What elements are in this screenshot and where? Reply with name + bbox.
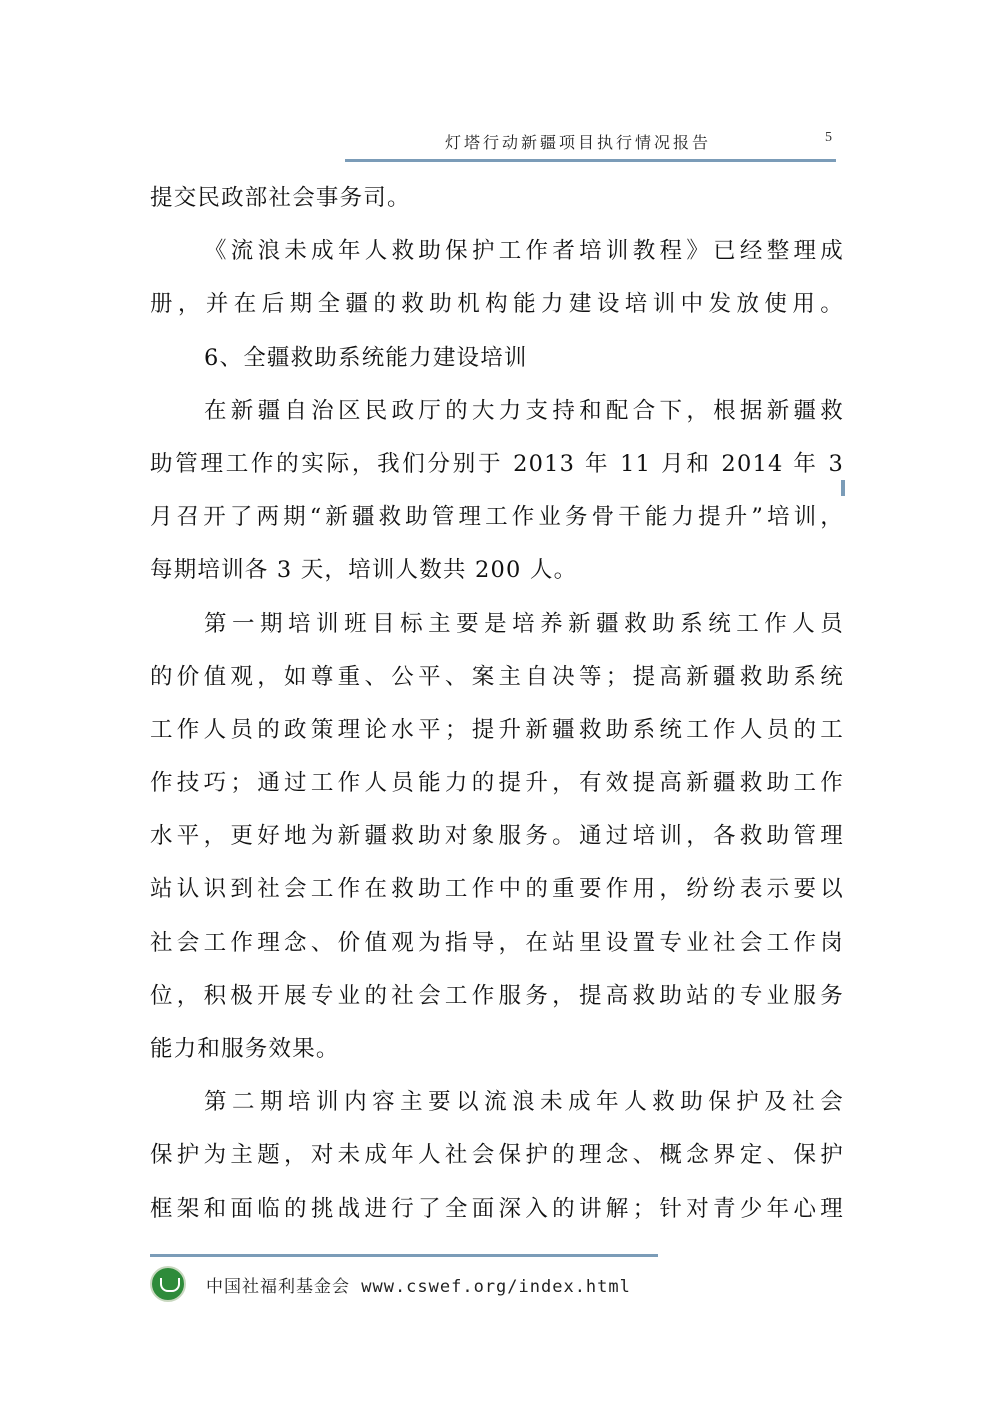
footer-rule [150,1254,658,1257]
text-line: 保护为主题，对未成年人社会保护的理念、概念界定、保护 [150,1129,844,1182]
footer-text: 中国社福利基金会 www.cswef.org/index.html [206,1272,631,1297]
cswef-logo-icon [150,1266,186,1302]
text-line: 能力和服务效果。 [150,1023,844,1076]
text-line: 月召开了两期“新疆救助管理工作业务骨干能力提升”培训， [150,491,844,544]
text-line: 站认识到社会工作在救助工作中的重要作用，纷纷表示要以 [150,863,844,916]
text-line: 的价值观，如尊重、公平、案主自决等；提高新疆救助系统 [150,651,844,704]
page-footer: 中国社福利基金会 www.cswef.org/index.html [150,1264,631,1304]
text-line: 第一期培训班目标主要是培养新疆救助系统工作人员 [150,598,844,651]
text-cursor-marker [841,480,845,496]
header-rule [345,159,836,162]
section-heading: 6、全疆救助系统能力建设培训 [150,332,844,385]
page-number: 5 [825,130,832,146]
text-line: 位，积极开展专业的社会工作服务，提高救助站的专业服务 [150,970,844,1023]
text-line: 册，并在后期全疆的救助机构能力建设培训中发放使用。 [150,278,844,331]
text-line: 助管理工作的实际，我们分别于 2013 年 11 月和 2014 年 3 [150,438,844,491]
text-line: 第二期培训内容主要以流浪未成年人救助保护及社会 [150,1076,844,1129]
text-line: 在新疆自治区民政厅的大力支持和配合下，根据新疆救 [150,385,844,438]
text-line: 提交民政部社会事务司。 [150,172,844,225]
text-line: 每期培训各 3 天，培训人数共 200 人。 [150,544,844,597]
text-line: 水平，更好地为新疆救助对象服务。通过培训，各救助管理 [150,810,844,863]
page-header: 灯塔行动新疆项目执行情况报告 5 [345,122,836,162]
text-line: 《流浪未成年人救助保护工作者培训教程》已经整理成 [150,225,844,278]
text-line: 社会工作理念、价值观为指导，在站里设置专业社会工作岗 [150,917,844,970]
text-line: 工作人员的政策理论水平；提升新疆救助系统工作人员的工 [150,704,844,757]
text-line: 作技巧；通过工作人员能力的提升，有效提高新疆救助工作 [150,757,844,810]
text-line: 框架和面临的挑战进行了全面深入的讲解；针对青少年心理 [150,1183,844,1236]
body-text: 提交民政部社会事务司。 《流浪未成年人救助保护工作者培训教程》已经整理成 册，并… [150,172,844,1236]
header-title: 灯塔行动新疆项目执行情况报告 [445,130,711,153]
